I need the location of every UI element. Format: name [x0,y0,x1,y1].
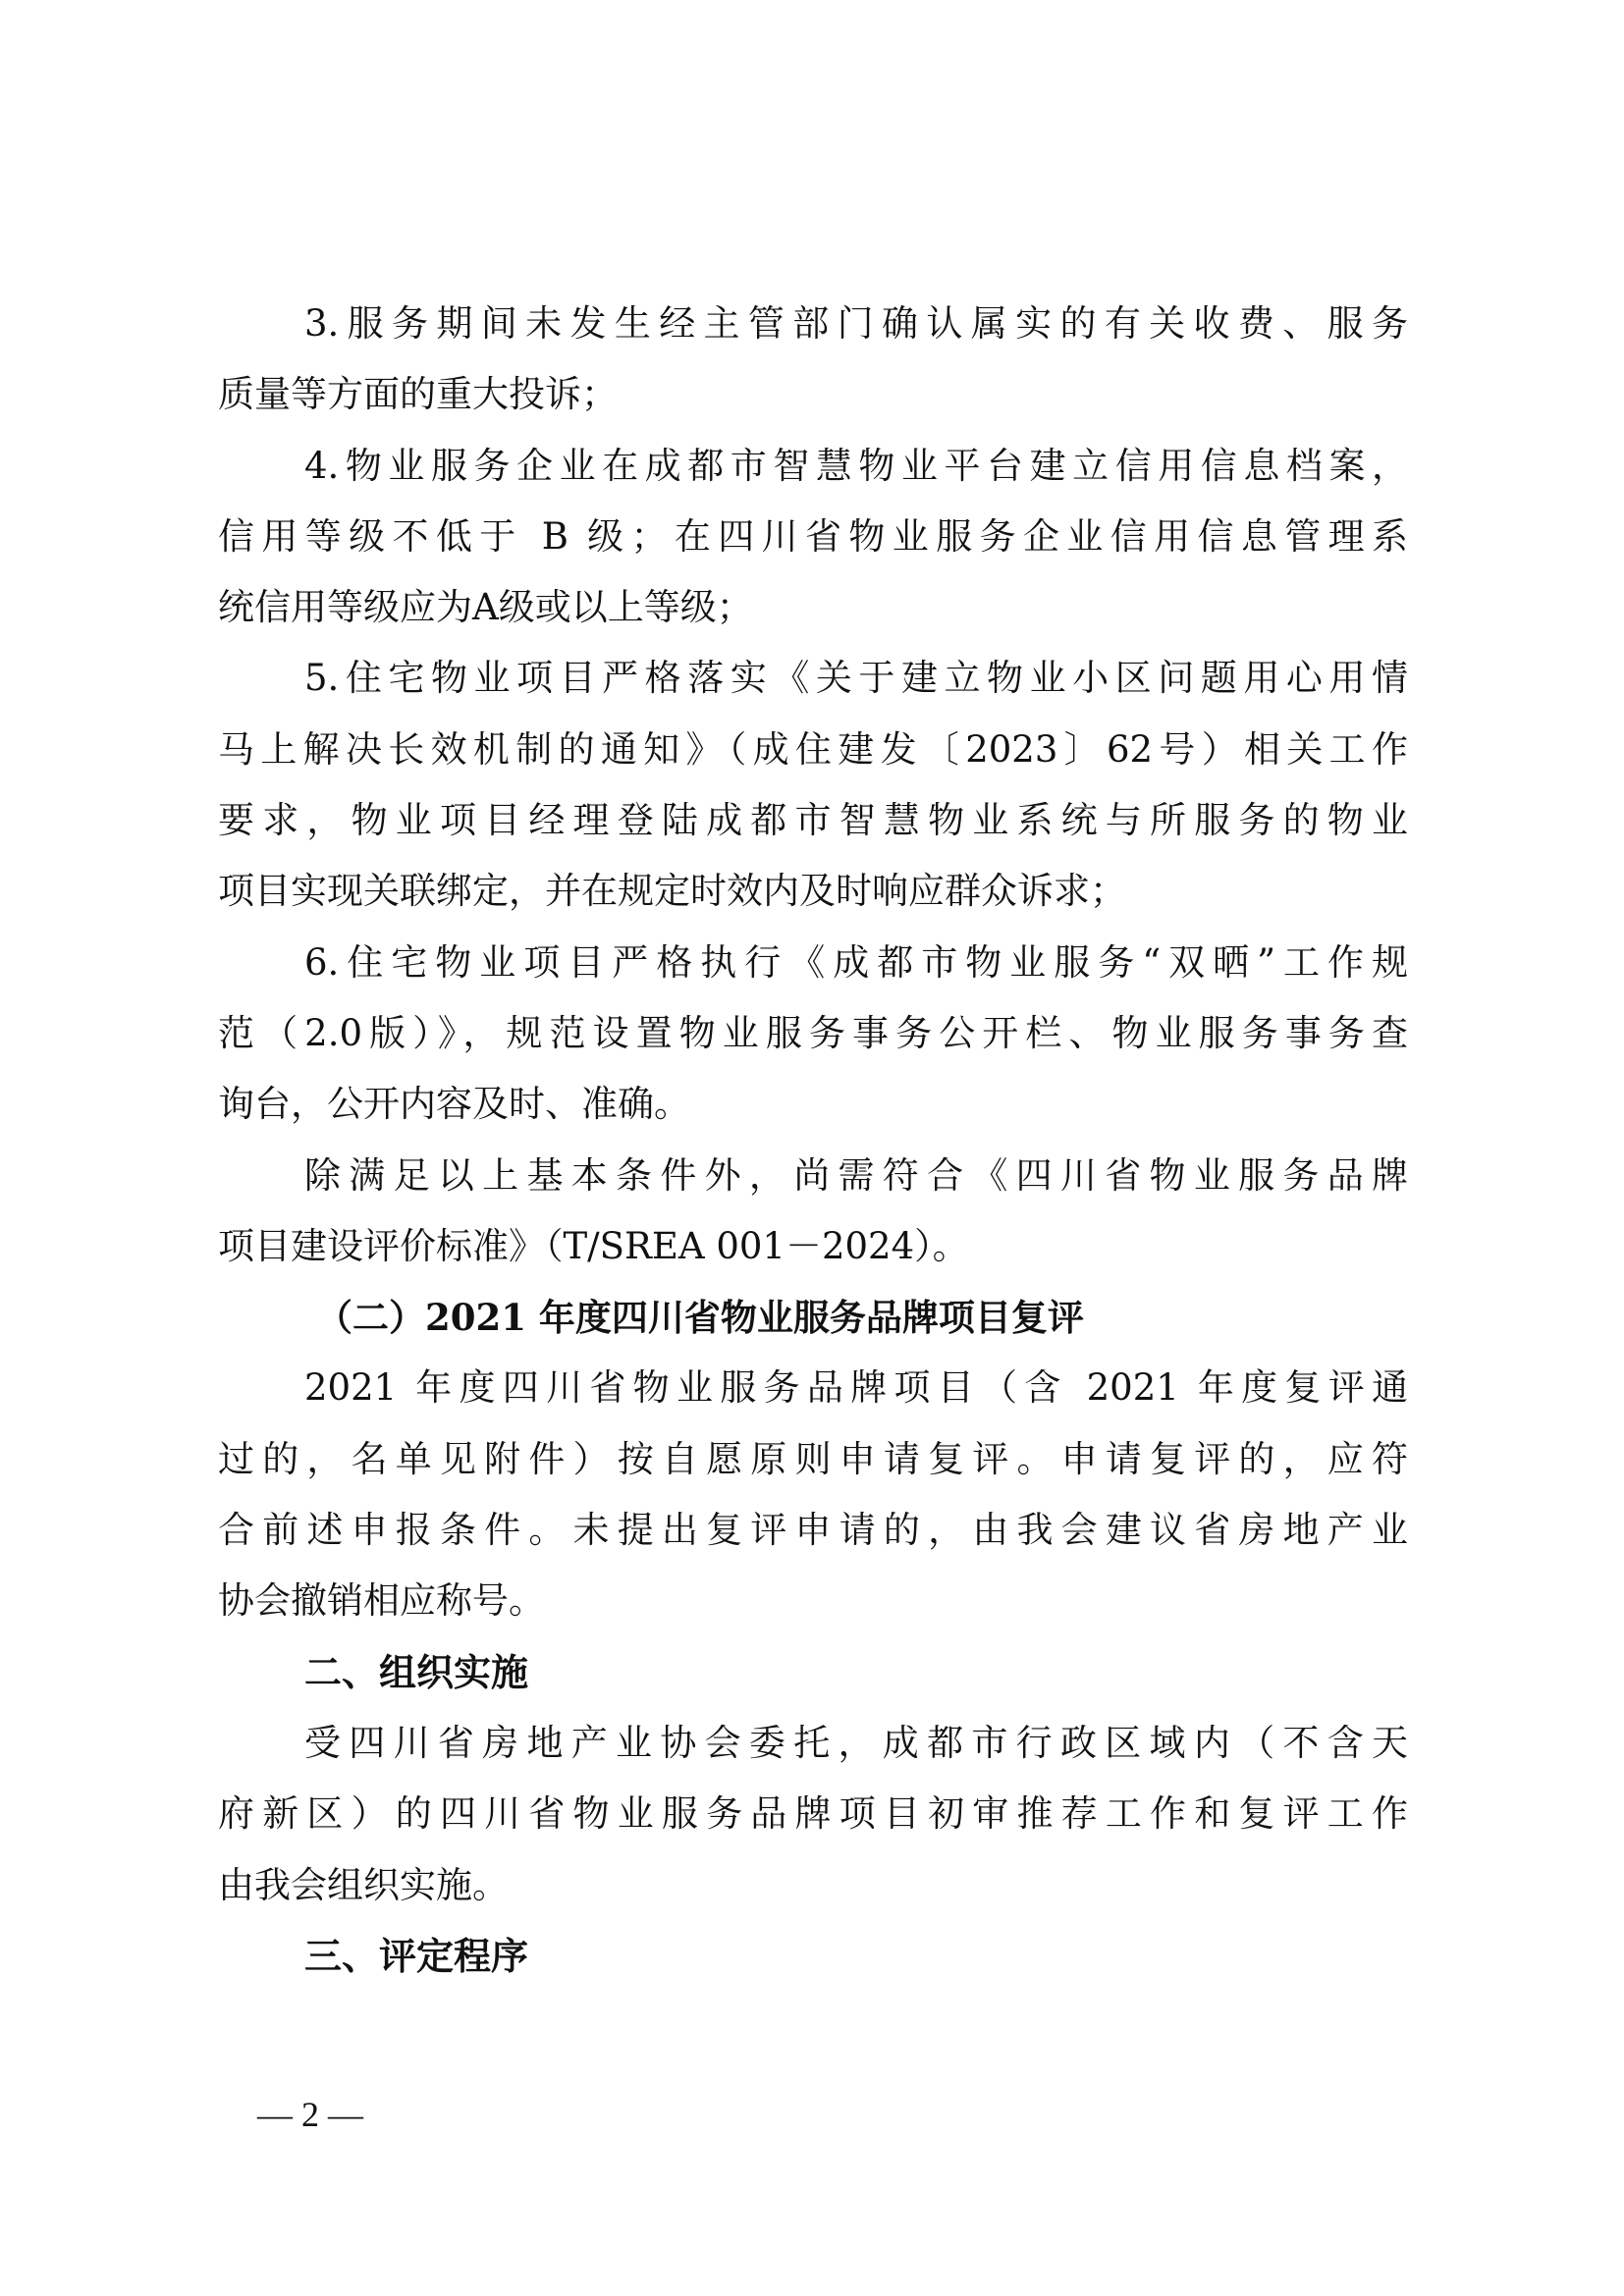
paragraph-item-4-line-3: 统信用等级应为A级或以上等级； [218,572,1408,643]
paragraph-organization-line-2: 府新区）的四川省物业服务品牌项目初审推荐工作和复评工作 [218,1779,1408,1849]
page-number: — 2 — [257,2094,363,2135]
paragraph-item-4-line-1: 4.物业服务企业在成都市智慧物业平台建立信用信息档案， [218,431,1408,502]
paragraph-re-evaluation-line-4: 协会撤销相应称号。 [218,1566,1408,1636]
paragraph-item-5-line-1: 5.住宅物业项目严格落实《关于建立物业小区问题用心用情 [218,643,1408,714]
paragraph-re-evaluation-line-1: 2021 年度四川省物业服务品牌项目（含 2021 年度复评通 [218,1353,1408,1423]
paragraph-item-3-line-2: 质量等方面的重大投诉； [218,359,1408,430]
subheading-re-evaluation: （二）2021 年度四川省物业服务品牌项目复评 [218,1282,1408,1353]
document-page: 3.服务期间未发生经主管部门确认属实的有关收费、服务 质量等方面的重大投诉； 4… [218,289,1408,1992]
section-heading-organization: 二、组织实施 [218,1637,1408,1708]
paragraph-item-5-line-2: 马上解决长效机制的通知》（成住建发〔2023〕62号）相关工作 [218,715,1408,785]
paragraph-item-6-line-1: 6.住宅物业项目严格执行《成都市物业服务“双晒”工作规 [218,928,1408,998]
paragraph-item-4-line-2: 信用等级不低于 B 级；在四川省物业服务企业信用信息管理系 [218,502,1408,572]
paragraph-item-3-line-1: 3.服务期间未发生经主管部门确认属实的有关收费、服务 [218,289,1408,359]
paragraph-organization-line-1: 受四川省房地产业协会委托，成都市行政区域内（不含天 [218,1708,1408,1779]
paragraph-item-5-line-3: 要求，物业项目经理登陆成都市智慧物业系统与所服务的物业 [218,785,1408,856]
paragraph-re-evaluation-line-3: 合前述申报条件。未提出复评申请的，由我会建议省房地产业 [218,1495,1408,1566]
paragraph-standard-line-2: 项目建设评价标准》（T/SREA 001－2024）。 [218,1211,1408,1282]
section-heading-procedure: 三、评定程序 [218,1921,1408,1992]
paragraph-item-6-line-2: 范（2.0版）》，规范设置物业服务事务公开栏、物业服务事务查 [218,998,1408,1069]
paragraph-re-evaluation-line-2: 过的，名单见附件）按自愿原则申请复评。申请复评的，应符 [218,1424,1408,1495]
paragraph-organization-line-3: 由我会组织实施。 [218,1850,1408,1921]
paragraph-standard-line-1: 除满足以上基本条件外，尚需符合《四川省物业服务品牌 [218,1141,1408,1211]
paragraph-item-5-line-4: 项目实现关联绑定，并在规定时效内及时响应群众诉求； [218,856,1408,927]
paragraph-item-6-line-3: 询台，公开内容及时、准确。 [218,1069,1408,1140]
